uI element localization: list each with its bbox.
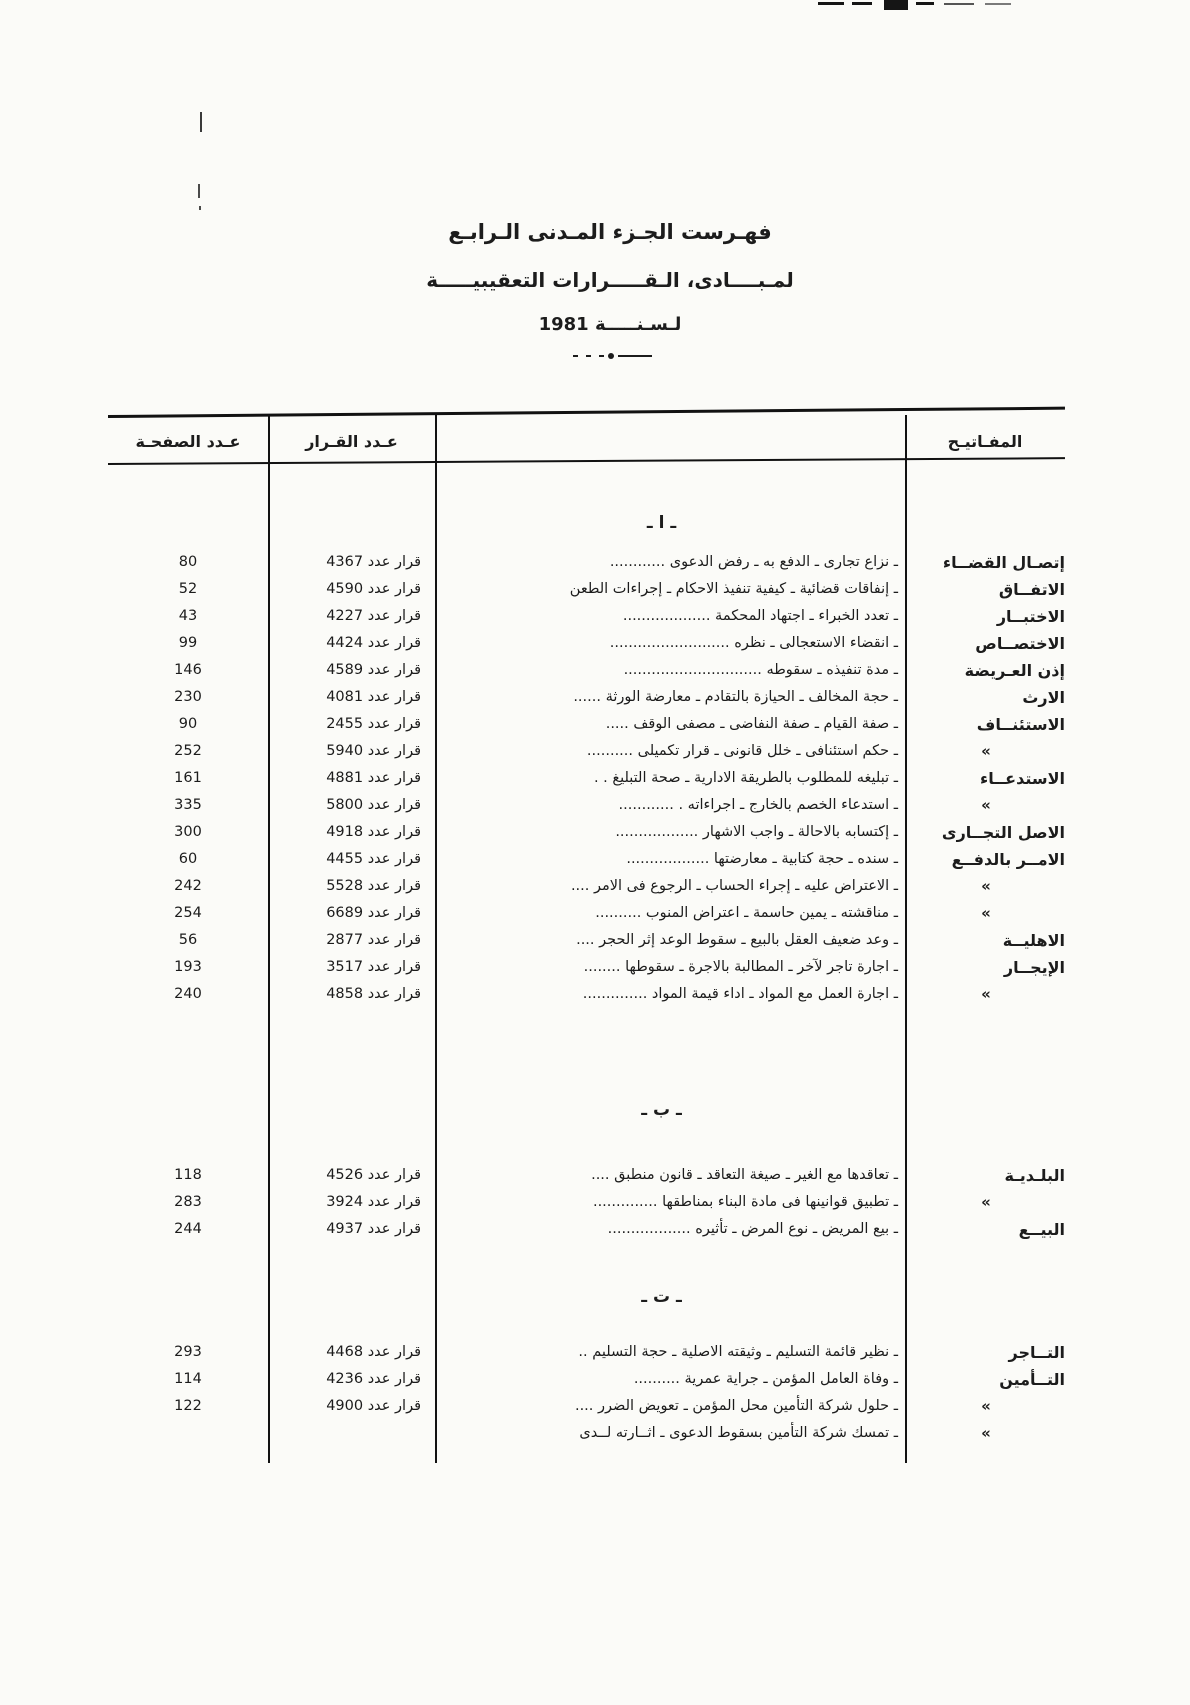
- description-cell: ـ صفة القيام ـ صفة النفاضى ـ مصفى الوقف …: [435, 711, 905, 738]
- scan-artifact: [200, 112, 202, 132]
- section-letter: ـ ب ـ: [641, 1100, 682, 1120]
- page-number-cell: 146: [108, 657, 268, 684]
- keyword-cell: الاستدعــاء: [905, 765, 1065, 792]
- scan-artifact: [818, 2, 844, 5]
- page-number-cell: 161: [108, 765, 268, 792]
- keyword-cell: »: [905, 738, 1065, 765]
- decision-cell: قرار عدد 5528: [268, 873, 435, 900]
- keyword-cell: الاختصــاص: [905, 630, 1065, 657]
- description-cell: ـ نظير قائمة التسليم ـ وثيقته الاصلية ـ …: [435, 1339, 905, 1366]
- description-cell: ـ إنفاقات قضائية ـ كيفية تنفيذ الاحكام ـ…: [435, 576, 905, 603]
- description-cell: ـ مدة تنفيذه ـ سقوطه ...................…: [435, 657, 905, 684]
- description-cell: ـ اجارة تاجر لآخر ـ المطالبة بالاجرة ـ س…: [435, 954, 905, 981]
- decision-cell: قرار عدد 4455: [268, 846, 435, 873]
- page-number-cell: 252: [108, 738, 268, 765]
- scanned-document-page: فهـرست الجـزء المـدنى الـرابـع لمـبــــا…: [0, 0, 1190, 1705]
- decision-cell: قرار عدد 2455: [268, 711, 435, 738]
- description-cell: ـ حجة المخالف ـ الحيازة بالتقادم ـ معارض…: [435, 684, 905, 711]
- description-cell: ـ اجارة العمل مع المواد ـ اداء قيمة المو…: [435, 981, 905, 1008]
- table-row: إتصـال القضــاء ـ نزاع تجارى ـ الدفع به …: [108, 549, 1065, 576]
- table-row: التــاجر ـ نظير قائمة التسليم ـ وثيقته ا…: [108, 1339, 1065, 1366]
- page-number-cell: 300: [108, 819, 268, 846]
- page-number-cell: 118: [108, 1162, 268, 1189]
- index-table: المفـاتيـح عـدد القـرار عـدد الصفحـة ـ ا…: [108, 405, 1065, 1465]
- keyword-cell: الامــر بالدفــع: [905, 846, 1065, 873]
- table-row: » ـ الاعتراض عليه ـ إجراء الحساب ـ الرجو…: [108, 873, 1065, 900]
- decision-cell: قرار عدد 3517: [268, 954, 435, 981]
- decision-cell: قرار عدد 3924: [268, 1189, 435, 1216]
- decision-cell: قرار عدد 5800: [268, 792, 435, 819]
- scan-artifact: [916, 2, 934, 5]
- table-row: » ـ استدعاء الخصم بالخارج ـ اجراءاته . .…: [108, 792, 1065, 819]
- description-cell: ـ وفاة العامل المؤمن ـ جراية عمرية .....…: [435, 1366, 905, 1393]
- table-row: الارث ـ حجة المخالف ـ الحيازة بالتقادم ـ…: [108, 684, 1065, 711]
- page-number-cell: 293: [108, 1339, 268, 1366]
- keyword-cell: الإيجــار: [905, 954, 1065, 981]
- keyword-cell: »: [905, 1393, 1065, 1420]
- table-header-row: المفـاتيـح عـدد القـرار عـدد الصفحـة: [108, 405, 1065, 463]
- table-row: الإيجــار ـ اجارة تاجر لآخر ـ المطالبة ب…: [108, 954, 1065, 981]
- title-separator: [150, 353, 1070, 359]
- keyword-cell: »: [905, 1189, 1065, 1216]
- table-row: » ـ تطبيق قوانينها فى مادة البناء بمناطق…: [108, 1189, 1065, 1216]
- description-cell: ـ نزاع تجارى ـ الدفع به ـ رفض الدعوى ...…: [435, 549, 905, 576]
- keyword-cell: إتصـال القضــاء: [905, 549, 1065, 576]
- keyword-cell: الاستئنــاف: [905, 711, 1065, 738]
- keyword-cell: الاصل التجــارى: [905, 819, 1065, 846]
- decision-cell: قرار عدد 6689: [268, 900, 435, 927]
- section-rows: إتصـال القضــاء ـ نزاع تجارى ـ الدفع به …: [108, 549, 1065, 1008]
- page-number-cell: 80: [108, 549, 268, 576]
- description-cell: ـ انقضاء الاستعجالى ـ نظره .............…: [435, 630, 905, 657]
- page-number-cell: 254: [108, 900, 268, 927]
- header-page: عـدد الصفحـة: [108, 432, 268, 451]
- decision-cell: قرار عدد 4589: [268, 657, 435, 684]
- page-number-cell: 122: [108, 1393, 268, 1420]
- table-row: الاصل التجــارى ـ إكتسابه بالاحالة ـ واج…: [108, 819, 1065, 846]
- keyword-cell: البيــع: [905, 1216, 1065, 1243]
- table-row: الاختبــار ـ تعدد الخبراء ـ اجتهاد المحك…: [108, 603, 1065, 630]
- decision-cell: قرار عدد 4918: [268, 819, 435, 846]
- keyword-cell: الاتفــاق: [905, 576, 1065, 603]
- title-line-2: لمـبــــادى، الـقـــــرارات التعقيبيــــ…: [150, 268, 1070, 292]
- page-number-cell: 90: [108, 711, 268, 738]
- description-cell: ـ حكم استئنافى ـ خلل قانونى ـ قرار تكميل…: [435, 738, 905, 765]
- table-row: » ـ حكم استئنافى ـ خلل قانونى ـ قرار تكم…: [108, 738, 1065, 765]
- keyword-cell: الاختبــار: [905, 603, 1065, 630]
- section-letter-header: ـ ت ـ: [108, 1287, 1065, 1313]
- section-letter: ـ ت ـ: [641, 1287, 682, 1307]
- table-row: الامــر بالدفــع ـ سنده ـ حجة كتابية ـ م…: [108, 846, 1065, 873]
- keyword-cell: »: [905, 1420, 1065, 1447]
- scan-artifact: [198, 184, 200, 198]
- decision-cell: قرار عدد 4858: [268, 981, 435, 1008]
- page-number-cell: 283: [108, 1189, 268, 1216]
- keyword-cell: التــاجر: [905, 1339, 1065, 1366]
- table-row: التــأمين ـ وفاة العامل المؤمن ـ جراية ع…: [108, 1366, 1065, 1393]
- scan-artifact: [852, 2, 872, 5]
- table-row: الاتفــاق ـ إنفاقات قضائية ـ كيفية تنفيذ…: [108, 576, 1065, 603]
- keyword-cell: التــأمين: [905, 1366, 1065, 1393]
- description-cell: ـ مناقشته ـ يمين حاسمة ـ اعتراض المنوب .…: [435, 900, 905, 927]
- keyword-cell: الاهليــة: [905, 927, 1065, 954]
- keyword-cell: »: [905, 873, 1065, 900]
- page-number-cell: 335: [108, 792, 268, 819]
- decision-cell: قرار عدد 2877: [268, 927, 435, 954]
- table-row: » ـ اجارة العمل مع المواد ـ اداء قيمة ال…: [108, 981, 1065, 1008]
- keyword-cell: »: [905, 981, 1065, 1008]
- description-cell: ـ تمسك شركة التأمين بسقوط الدعوى ـ اثــا…: [435, 1420, 905, 1447]
- description-cell: ـ الاعتراض عليه ـ إجراء الحساب ـ الرجوع …: [435, 873, 905, 900]
- decision-cell: قرار عدد 4081: [268, 684, 435, 711]
- description-cell: ـ تطبيق قوانينها فى مادة البناء بمناطقها…: [435, 1189, 905, 1216]
- decision-cell: قرار عدد 5940: [268, 738, 435, 765]
- table-body: ـ ا ـ إتصـال القضــاء ـ نزاع تجارى ـ الد…: [108, 513, 1065, 1447]
- decision-cell: قرار عدد 4468: [268, 1339, 435, 1366]
- section-rows: البلـديـة ـ تعاقدها مع الغير ـ صيغة التع…: [108, 1162, 1065, 1243]
- title-line-3: لـسـنـــــة 1981: [150, 314, 1070, 335]
- table-row: البيــع ـ بيع المريض ـ نوع المرض ـ تأثير…: [108, 1216, 1065, 1243]
- description-cell: ـ سنده ـ حجة كتابية ـ معارضتها .........…: [435, 846, 905, 873]
- keyword-cell: »: [905, 792, 1065, 819]
- decision-cell: قرار عدد 4900: [268, 1393, 435, 1420]
- page-number-cell: 242: [108, 873, 268, 900]
- page-number-cell: 240: [108, 981, 268, 1008]
- page-number-cell: 114: [108, 1366, 268, 1393]
- table-row: الاهليــة ـ وعد ضعيف العقل بالبيع ـ سقوط…: [108, 927, 1065, 954]
- title-line-1: فهـرست الجـزء المـدنى الـرابـع: [150, 220, 1070, 244]
- page-number-cell: 56: [108, 927, 268, 954]
- description-cell: ـ بيع المريض ـ نوع المرض ـ تأثيره ......…: [435, 1216, 905, 1243]
- decision-cell: قرار عدد 4424: [268, 630, 435, 657]
- table-row: الاستدعــاء ـ تبليغه للمطلوب بالطريقة ال…: [108, 765, 1065, 792]
- decision-cell: قرار عدد 4367: [268, 549, 435, 576]
- decision-cell: قرار عدد 4590: [268, 576, 435, 603]
- table-row: البلـديـة ـ تعاقدها مع الغير ـ صيغة التع…: [108, 1162, 1065, 1189]
- description-cell: ـ حلول شركة التأمين محل المؤمن ـ تعويض ا…: [435, 1393, 905, 1420]
- decision-cell: قرار عدد 4526: [268, 1162, 435, 1189]
- page-number-cell: 244: [108, 1216, 268, 1243]
- page-number-cell: 193: [108, 954, 268, 981]
- keyword-cell: الارث: [905, 684, 1065, 711]
- page-number-cell: 52: [108, 576, 268, 603]
- page-number-cell: 60: [108, 846, 268, 873]
- table-row: » ـ مناقشته ـ يمين حاسمة ـ اعتراض المنوب…: [108, 900, 1065, 927]
- section-rows: التــاجر ـ نظير قائمة التسليم ـ وثيقته ا…: [108, 1339, 1065, 1447]
- description-cell: ـ استدعاء الخصم بالخارج ـ اجراءاته . ...…: [435, 792, 905, 819]
- page-number-cell: 43: [108, 603, 268, 630]
- document-title-block: فهـرست الجـزء المـدنى الـرابـع لمـبــــا…: [150, 220, 1070, 359]
- keyword-cell: إذن العـريضة: [905, 657, 1065, 684]
- scan-artifact: [884, 0, 908, 10]
- section-letter-header: ـ ب ـ: [108, 1100, 1065, 1126]
- scan-artifact: [944, 3, 974, 5]
- table-row: الاختصــاص ـ انقضاء الاستعجالى ـ نظره ..…: [108, 630, 1065, 657]
- decision-cell: قرار عدد 4881: [268, 765, 435, 792]
- keyword-cell: البلـديـة: [905, 1162, 1065, 1189]
- description-cell: ـ تعدد الخبراء ـ اجتهاد المحكمة ........…: [435, 603, 905, 630]
- scan-artifact: [985, 3, 1011, 5]
- section-letter-header: ـ ا ـ: [108, 513, 1065, 539]
- decision-cell: قرار عدد 4236: [268, 1366, 435, 1393]
- page-number-cell: 99: [108, 630, 268, 657]
- table-row: » ـ حلول شركة التأمين محل المؤمن ـ تعويض…: [108, 1393, 1065, 1420]
- table-row: إذن العـريضة ـ مدة تنفيذه ـ سقوطه ......…: [108, 657, 1065, 684]
- page-number-cell: 230: [108, 684, 268, 711]
- table-row: » ـ تمسك شركة التأمين بسقوط الدعوى ـ اثـ…: [108, 1420, 1065, 1447]
- description-cell: ـ تعاقدها مع الغير ـ صيغة التعاقد ـ قانو…: [435, 1162, 905, 1189]
- description-cell: ـ وعد ضعيف العقل بالبيع ـ سقوط الوعد إثر…: [435, 927, 905, 954]
- header-keys: المفـاتيـح: [905, 432, 1065, 451]
- header-decision: عـدد القـرار: [268, 432, 435, 451]
- decision-cell: قرار عدد 4937: [268, 1216, 435, 1243]
- description-cell: ـ تبليغه للمطلوب بالطريقة الادارية ـ صحة…: [435, 765, 905, 792]
- description-cell: ـ إكتسابه بالاحالة ـ واجب الاشهار ......…: [435, 819, 905, 846]
- scan-artifact: [199, 206, 201, 210]
- decision-cell: قرار عدد 4227: [268, 603, 435, 630]
- section-letter: ـ ا ـ: [647, 513, 676, 533]
- keyword-cell: »: [905, 900, 1065, 927]
- table-row: الاستئنــاف ـ صفة القيام ـ صفة النفاضى ـ…: [108, 711, 1065, 738]
